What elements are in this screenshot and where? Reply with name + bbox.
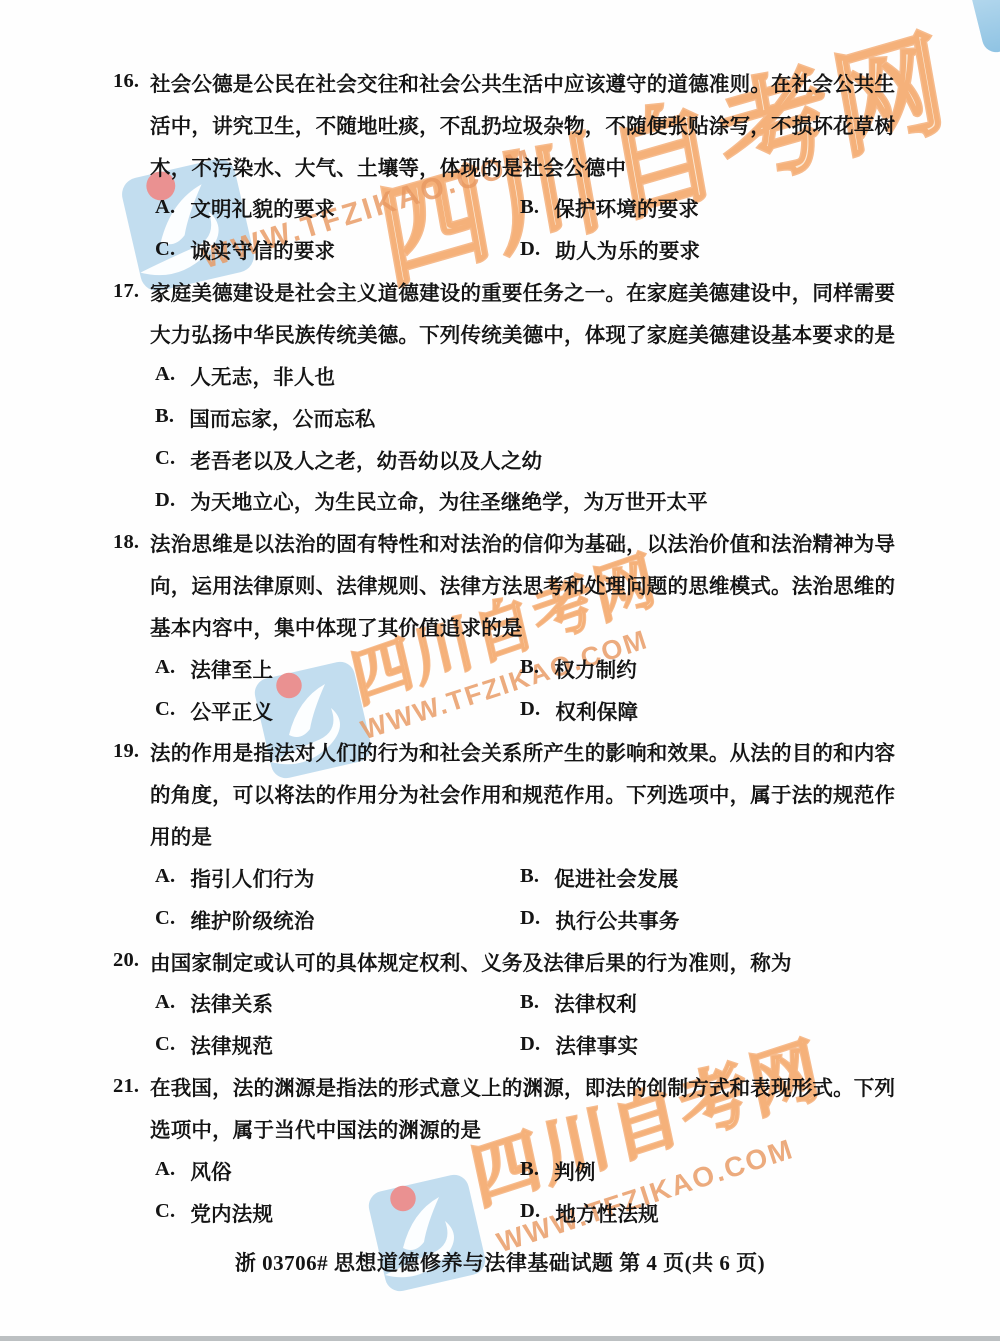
- stem-text: 活中，讲究卫生，不随地吐痰，不乱扔垃圾杂物，不随便张贴涂写，不损坏花草树: [150, 109, 895, 139]
- option-text: 权利保障: [555, 695, 638, 725]
- option-label: A.: [155, 1158, 175, 1181]
- option-row: C.法律规范D.法律事实: [113, 1023, 913, 1065]
- option-label: B.: [520, 656, 539, 679]
- question-number: 19.: [113, 740, 150, 763]
- scan-edge-strip: [0, 1336, 1000, 1341]
- option: A.指引人们行为: [155, 862, 520, 892]
- option-label: B.: [520, 196, 539, 219]
- option-row: C.诚实守信的要求D.助人为乐的要求: [113, 228, 913, 270]
- option-label: A.: [155, 656, 175, 679]
- question-stem-line: 大力弘扬中华民族传统美德。下列传统美德中，体现了家庭美德建设基本要求的是: [113, 312, 913, 354]
- option: A.法律至上: [155, 653, 520, 683]
- question-stem-line: 21.在我国，法的渊源是指法的形式意义上的渊源，即法的创制方式和表现形式。下列: [113, 1065, 913, 1107]
- question-number: 17.: [113, 280, 150, 303]
- stem-text: 家庭美德建设是社会主义道德建设的重要任务之一。在家庭美德建设中，同样需要: [150, 276, 895, 306]
- question-block: 21.在我国，法的渊源是指法的形式意义上的渊源，即法的创制方式和表现形式。下列选…: [113, 1065, 913, 1232]
- question-stem-line: 向，运用法律原则、法律规则、法律方法思考和处理问题的思维模式。法治思维的: [113, 563, 913, 605]
- option: C.党内法规: [155, 1197, 520, 1227]
- stem-text: 社会公德是公民在社会交往和社会公共生活中应该遵守的道德准则。在社会公共生: [150, 67, 895, 97]
- question-stem-line: 用的是: [113, 814, 913, 856]
- option: A.人无志，非人也: [155, 360, 335, 390]
- question-stem-line: 活中，讲究卫生，不随地吐痰，不乱扔垃圾杂物，不随便张贴涂写，不损坏花草树: [113, 103, 913, 145]
- question-block: 20.由国家制定或认可的具体规定权利、义务及法律后果的行为准则，称为A.法律关系…: [113, 940, 913, 1066]
- option: D.为天地立心，为生民立命，为往圣继绝学，为万世开太平: [155, 485, 708, 515]
- option-text: 法律至上: [190, 653, 273, 683]
- tfzikao-logo-watermark-corner-fragment: [960, 0, 1000, 55]
- option-label: B.: [520, 1158, 539, 1181]
- option-label: C.: [155, 447, 175, 470]
- question-number: 20.: [113, 949, 150, 972]
- option-label: A.: [155, 363, 175, 386]
- option-row: B.国而忘家，公而忘私: [113, 396, 913, 438]
- option-label: C.: [155, 238, 175, 261]
- option-label: C.: [155, 1033, 175, 1056]
- option-row: A.法律关系B.法律权利: [113, 982, 913, 1024]
- option-row: D.为天地立心，为生民立命，为往圣继绝学，为万世开太平: [113, 479, 913, 521]
- option-row: C.公平正义D.权利保障: [113, 689, 913, 731]
- option-text: 助人为乐的要求: [555, 234, 700, 264]
- option-text: 判例: [554, 1155, 595, 1185]
- option-label: B.: [520, 991, 539, 1014]
- option-label: B.: [520, 865, 539, 888]
- stem-text: 法治思维是以法治的固有特性和对法治的信仰为基础，以法治价值和法治精神为导: [150, 527, 895, 557]
- option: B.权力制约: [520, 653, 637, 683]
- option-label: C.: [155, 1200, 175, 1223]
- option: C.公平正义: [155, 695, 520, 725]
- stem-text: 的角度，可以将法的作用分为社会作用和规范作用。下列选项中，属于法的规范作: [150, 778, 895, 808]
- option-label: D.: [520, 238, 540, 261]
- option: D.地方性法规: [520, 1197, 659, 1227]
- option-row: A.风俗B.判例: [113, 1149, 913, 1191]
- question-block: 16.社会公德是公民在社会交往和社会公共生活中应该遵守的道德准则。在社会公共生活…: [113, 61, 913, 270]
- option-label: D.: [520, 907, 540, 930]
- option-label: A.: [155, 196, 175, 219]
- stem-text: 由国家制定或认可的具体规定权利、义务及法律后果的行为准则，称为: [150, 946, 792, 976]
- question-number: 16.: [113, 70, 150, 93]
- stem-text: 选项中，属于当代中国法的渊源的是: [150, 1113, 481, 1143]
- question-stem-line: 18.法治思维是以法治的固有特性和对法治的信仰为基础，以法治价值和法治精神为导: [113, 521, 913, 563]
- exam-page-scan: 四川自考网 WWW.TFZIKAO.COM 四川自考网 WWW.TFZIKAO.…: [0, 0, 1000, 1341]
- option-text: 执行公共事务: [555, 904, 679, 934]
- option: B.法律权利: [520, 987, 637, 1017]
- option-text: 指引人们行为: [190, 862, 314, 892]
- option-text: 为天地立心，为生民立命，为往圣继绝学，为万世开太平: [190, 485, 708, 515]
- option: A.文明礼貌的要求: [155, 192, 520, 222]
- option: A.风俗: [155, 1155, 520, 1185]
- question-block: 19.法的作用是指法对人们的行为和社会关系所产生的影响和效果。从法的目的和内容的…: [113, 731, 913, 940]
- option-text: 公平正义: [190, 695, 273, 725]
- option-row: A.法律至上B.权力制约: [113, 647, 913, 689]
- question-stem-line: 17.家庭美德建设是社会主义道德建设的重要任务之一。在家庭美德建设中，同样需要: [113, 270, 913, 312]
- option-row: C.党内法规D.地方性法规: [113, 1191, 913, 1233]
- option-row: C.维护阶级统治D.执行公共事务: [113, 898, 913, 940]
- question-stem-line: 基本内容中，集中体现了其价值追求的是: [113, 605, 913, 647]
- page-footer: 浙 03706# 思想道德修养与法律基础试题 第 4 页(共 6 页): [0, 1242, 1000, 1282]
- option-text: 诚实守信的要求: [190, 234, 335, 264]
- question-stem-line: 的角度，可以将法的作用分为社会作用和规范作用。下列选项中，属于法的规范作: [113, 772, 913, 814]
- questions-area: 16.社会公德是公民在社会交往和社会公共生活中应该遵守的道德准则。在社会公共生活…: [113, 61, 913, 1233]
- option-label: A.: [155, 991, 175, 1014]
- stem-text: 基本内容中，集中体现了其价值追求的是: [150, 611, 523, 641]
- option-row: A.文明礼貌的要求B.保护环境的要求: [113, 187, 913, 229]
- option-text: 法律规范: [190, 1029, 273, 1059]
- question-stem-line: 19.法的作用是指法对人们的行为和社会关系所产生的影响和效果。从法的目的和内容: [113, 731, 913, 773]
- option-text: 党内法规: [190, 1197, 273, 1227]
- option-label: A.: [155, 865, 175, 888]
- option: D.助人为乐的要求: [520, 234, 700, 264]
- question-stem-line: 选项中，属于当代中国法的渊源的是: [113, 1107, 913, 1149]
- option: D.法律事实: [520, 1029, 638, 1059]
- option-label: B.: [155, 405, 174, 428]
- option-text: 人无志，非人也: [190, 360, 335, 390]
- question-number: 18.: [113, 531, 150, 554]
- stem-text: 木，不污染水、大气、土壤等，体现的是社会公德中: [150, 151, 626, 181]
- option-label: D.: [520, 1200, 540, 1223]
- option: B.促进社会发展: [520, 862, 678, 892]
- option: B.国而忘家，公而忘私: [155, 402, 376, 432]
- option: C.维护阶级统治: [155, 904, 520, 934]
- option: C.诚实守信的要求: [155, 234, 520, 264]
- option-text: 国而忘家，公而忘私: [189, 402, 375, 432]
- question-number: 21.: [113, 1075, 150, 1098]
- option-text: 法律权利: [554, 987, 637, 1017]
- option-text: 老吾老以及人之老，幼吾幼以及人之幼: [190, 444, 542, 474]
- option-text: 法律关系: [190, 987, 273, 1017]
- stem-text: 大力弘扬中华民族传统美德。下列传统美德中，体现了家庭美德建设基本要求的是: [150, 318, 895, 348]
- stem-text: 在我国，法的渊源是指法的形式意义上的渊源，即法的创制方式和表现形式。下列: [150, 1071, 895, 1101]
- option: D.执行公共事务: [520, 904, 680, 934]
- option-text: 风俗: [190, 1155, 231, 1185]
- option-label: D.: [520, 698, 540, 721]
- stem-text: 用的是: [150, 820, 212, 850]
- option: A.法律关系: [155, 987, 520, 1017]
- option-text: 权力制约: [554, 653, 637, 683]
- option-text: 保护环境的要求: [554, 192, 699, 222]
- question-block: 17.家庭美德建设是社会主义道德建设的重要任务之一。在家庭美德建设中，同样需要大…: [113, 270, 913, 521]
- option-label: D.: [155, 489, 175, 512]
- option: C.老吾老以及人之老，幼吾幼以及人之幼: [155, 444, 542, 474]
- question-block: 18.法治思维是以法治的固有特性和对法治的信仰为基础，以法治价值和法治精神为导向…: [113, 521, 913, 730]
- option-row: A.指引人们行为B.促进社会发展: [113, 856, 913, 898]
- option: B.判例: [520, 1155, 596, 1185]
- option-label: D.: [520, 1033, 540, 1056]
- option-text: 文明礼貌的要求: [190, 192, 335, 222]
- option-text: 法律事实: [555, 1029, 638, 1059]
- option-text: 促进社会发展: [554, 862, 678, 892]
- question-stem-line: 16.社会公德是公民在社会交往和社会公共生活中应该遵守的道德准则。在社会公共生: [113, 61, 913, 103]
- option-text: 地方性法规: [555, 1197, 659, 1227]
- option: D.权利保障: [520, 695, 638, 725]
- option-row: A.人无志，非人也: [113, 354, 913, 396]
- option: C.法律规范: [155, 1029, 520, 1059]
- option: B.保护环境的要求: [520, 192, 699, 222]
- stem-text: 向，运用法律原则、法律规则、法律方法思考和处理问题的思维模式。法治思维的: [150, 569, 895, 599]
- stem-text: 法的作用是指法对人们的行为和社会关系所产生的影响和效果。从法的目的和内容: [150, 736, 895, 766]
- option-text: 维护阶级统治: [190, 904, 314, 934]
- option-row: C.老吾老以及人之老，幼吾幼以及人之幼: [113, 438, 913, 480]
- question-stem-line: 木，不污染水、大气、土壤等，体现的是社会公德中: [113, 145, 913, 187]
- option-label: C.: [155, 907, 175, 930]
- option-label: C.: [155, 698, 175, 721]
- question-stem-line: 20.由国家制定或认可的具体规定权利、义务及法律后果的行为准则，称为: [113, 940, 913, 982]
